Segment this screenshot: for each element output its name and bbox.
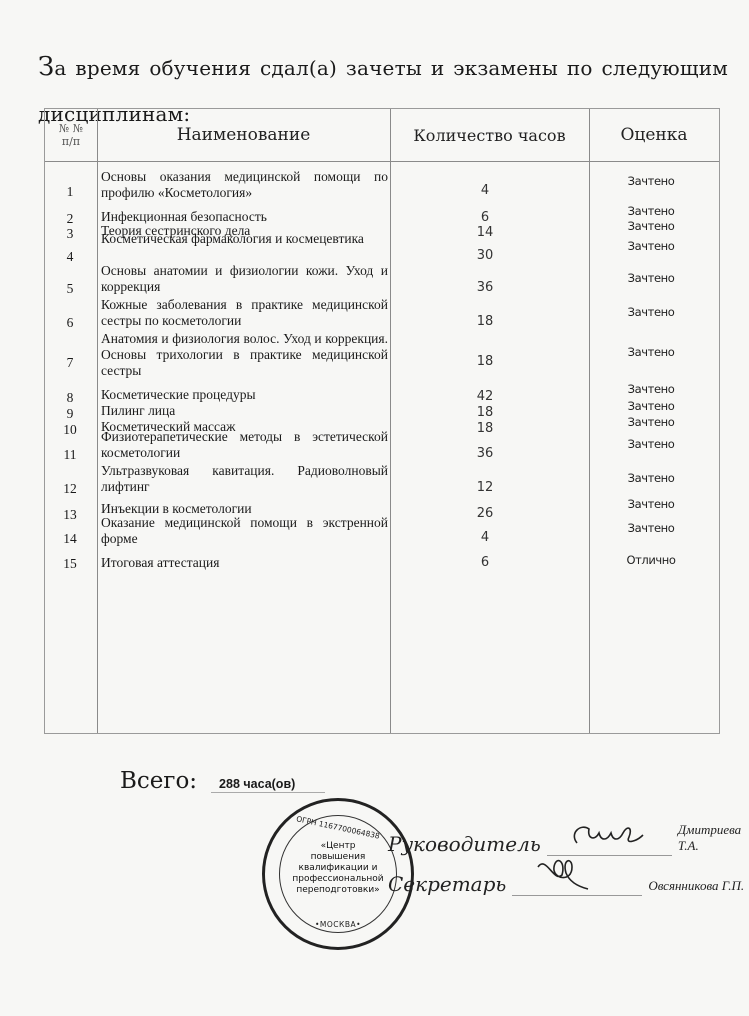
- row-number: 12: [45, 481, 95, 497]
- row-grade: Зачтено: [591, 345, 711, 359]
- row-discipline-name: Итоговая аттестация: [101, 555, 388, 571]
- row-hours: 12: [435, 480, 535, 495]
- row-hours: 36: [435, 280, 535, 295]
- row-grade: Зачтено: [591, 219, 711, 233]
- row-number: 4: [45, 249, 95, 265]
- total-hours: Всего: 288 часа(ов): [120, 768, 325, 794]
- row-number: 9: [45, 406, 95, 422]
- column-divider: [589, 109, 590, 733]
- row-grade: Зачтено: [591, 271, 711, 285]
- row-grade: Зачтено: [591, 174, 711, 188]
- row-number: 8: [45, 390, 95, 406]
- stamp-city: •МОСКВА•: [265, 920, 411, 929]
- total-value: 288 часа(ов): [211, 777, 325, 793]
- row-hours: 4: [435, 183, 535, 198]
- header-hours: Количество часов: [390, 109, 589, 161]
- header-grade: Оценка: [589, 109, 719, 161]
- header-divider: [45, 161, 719, 162]
- signature-role: Руководитель: [388, 832, 541, 856]
- row-discipline-name: Пилинг лица: [101, 403, 388, 419]
- row-grade: Зачтено: [591, 382, 711, 396]
- row-discipline-name: Анатомия и физиология волос. Уход и корр…: [101, 331, 388, 379]
- row-number: 14: [45, 531, 95, 547]
- row-number: 7: [45, 355, 95, 371]
- row-hours: 18: [435, 354, 535, 369]
- handwritten-signature-icon: [567, 821, 647, 851]
- signature-name: Овсянникова Г.П.: [648, 878, 744, 896]
- column-divider: [97, 109, 98, 733]
- header-name: Наименование: [97, 109, 390, 161]
- row-hours: 42: [435, 389, 535, 404]
- total-label: Всего:: [120, 768, 197, 794]
- intro-line-1: За время обучения сдал(а) зачеты и экзам…: [38, 44, 728, 91]
- row-grade: Отлично: [591, 553, 711, 567]
- signature-secretary: Секретарь Овсянникова Г.П.: [388, 872, 744, 896]
- row-hours: 36: [435, 446, 535, 461]
- row-grade: Зачтено: [591, 471, 711, 485]
- row-discipline-name: Основы оказания медицинской помощи по пр…: [101, 169, 388, 201]
- row-number: 6: [45, 315, 95, 331]
- column-divider: [390, 109, 391, 733]
- row-grade: Зачтено: [591, 239, 711, 253]
- row-hours: 18: [435, 405, 535, 420]
- row-grade: Зачтено: [591, 415, 711, 429]
- handwritten-signature-icon: [532, 853, 592, 891]
- row-discipline-name: Косметическая фармакология и космецевтик…: [101, 231, 388, 247]
- row-discipline-name: Кожные заболевания в практике медицинско…: [101, 297, 388, 329]
- row-number: 13: [45, 507, 95, 523]
- row-grade: Зачтено: [591, 305, 711, 319]
- header-number: № № п/п: [45, 109, 97, 161]
- row-number: 15: [45, 556, 95, 572]
- row-hours: 4: [435, 530, 535, 545]
- row-grade: Зачтено: [591, 204, 711, 218]
- row-hours: 14: [435, 225, 535, 240]
- row-discipline-name: Основы анатомии и физиологии кожи. Уход …: [101, 263, 388, 295]
- row-grade: Зачтено: [591, 497, 711, 511]
- row-number: 1: [45, 184, 95, 200]
- signature-name: Дмитриева Т.А.: [678, 822, 749, 856]
- row-number: 3: [45, 226, 95, 242]
- row-hours: 18: [435, 421, 535, 436]
- signature-role: Секретарь: [388, 872, 506, 896]
- row-grade: Зачтено: [591, 437, 711, 451]
- row-hours: 30: [435, 248, 535, 263]
- row-discipline-name: Физиотерапетические методы в эстетическо…: [101, 429, 388, 461]
- row-number: 2: [45, 211, 95, 227]
- disciplines-table: № № п/п Наименование Количество часов Оц…: [44, 108, 720, 734]
- row-number: 11: [45, 447, 95, 463]
- row-discipline-name: Оказание медицинской помощи в экстренной…: [101, 515, 388, 547]
- signature-line: [512, 877, 642, 896]
- row-discipline-name: Косметические процедуры: [101, 387, 388, 403]
- row-hours: 6: [435, 210, 535, 225]
- row-hours: 6: [435, 555, 535, 570]
- row-number: 10: [45, 422, 95, 438]
- row-grade: Зачтено: [591, 521, 711, 535]
- row-discipline-name: Ультразвуковая кавитация. Радиоволновый …: [101, 463, 388, 495]
- row-hours: 26: [435, 506, 535, 521]
- row-number: 5: [45, 281, 95, 297]
- row-hours: 18: [435, 314, 535, 329]
- signature-director: Руководитель Дмитриева Т.А.: [388, 822, 749, 856]
- row-grade: Зачтено: [591, 399, 711, 413]
